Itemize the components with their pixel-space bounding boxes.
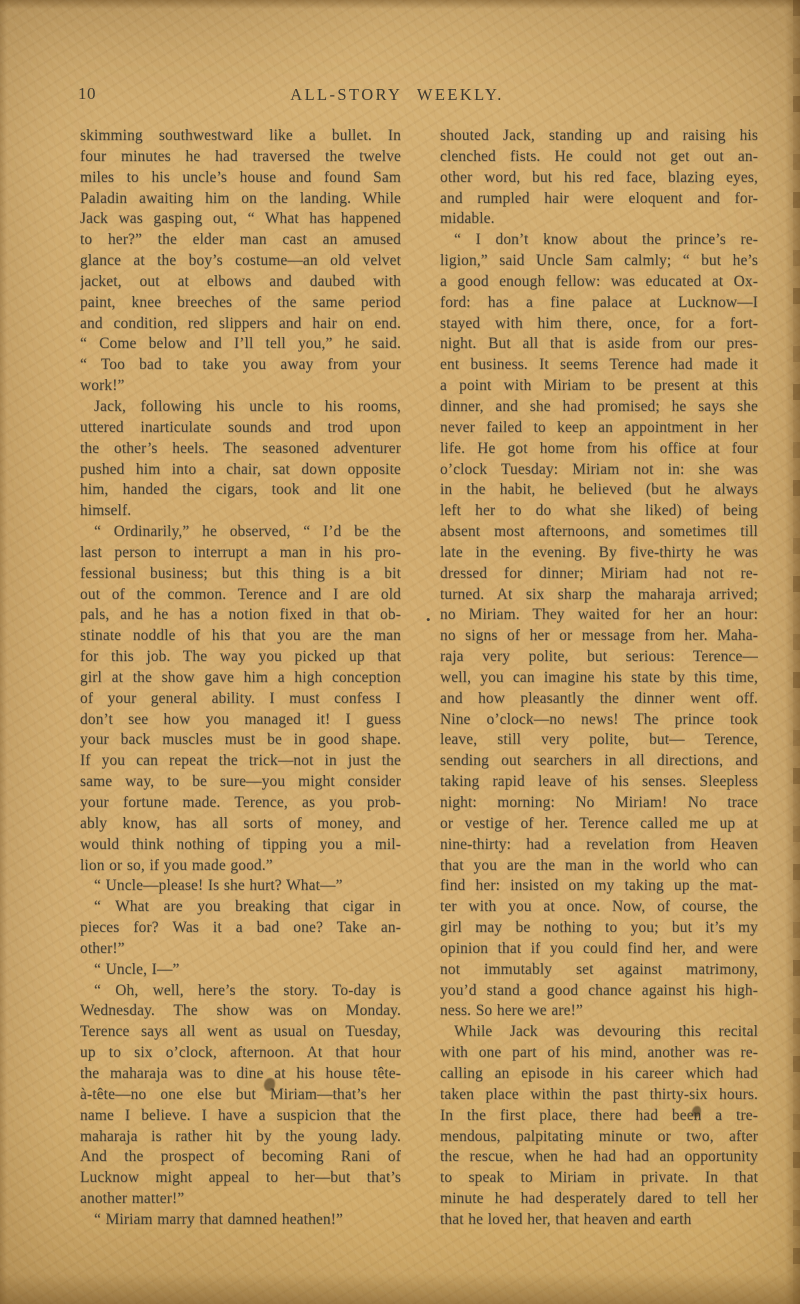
text-line: minute he had desperately dared to tell … <box>440 1189 758 1210</box>
text-line: a good enough fellow: was educated at Ox… <box>440 272 758 293</box>
text-line: and condition, red slippers and hair on … <box>80 314 401 335</box>
text-line: calling an episode in his career which h… <box>440 1064 758 1085</box>
text-line: nine-thirty: had a revelation from Heave… <box>440 835 758 856</box>
text-line: of your general ability. I must confess … <box>80 689 401 710</box>
text-line: and rumpled hair were eloquent and for- <box>440 189 758 210</box>
text-line: to speak to Miriam in private. In that <box>440 1168 758 1189</box>
text-line: Nine o’clock—no news! The prince took <box>440 710 758 731</box>
text-line: with one part of his mind, another was r… <box>440 1043 758 1064</box>
text-line: ness. So here we are!” <box>440 1001 758 1022</box>
text-line: another matter!” <box>80 1189 401 1210</box>
text-line: would think nothing of tipping you a mil… <box>80 835 401 856</box>
text-line: dressed for dinner; Miriam had not re- <box>440 564 758 585</box>
text-line: ably know, has all sorts of money, and <box>80 814 401 835</box>
text-line: late in the evening. By five-thirty he w… <box>440 543 758 564</box>
text-line: stayed with him there, once, for a fort- <box>440 314 758 335</box>
text-line: ent business. It seems Terence had made … <box>440 355 758 376</box>
text-line: that you are the man in the world who ca… <box>440 856 758 877</box>
text-line: himself. <box>80 501 401 522</box>
text-line: o’clock Tuesday: Miriam not in: she was <box>440 460 758 481</box>
text-line: to her?” the elder man cast an amused <box>80 230 401 251</box>
text-line: left her to do what she liked) of being <box>440 501 758 522</box>
text-line: stinate noddle of his that you are the m… <box>80 626 401 647</box>
text-line: “ Uncle, I—” <box>80 960 401 981</box>
page-edge-right-marks <box>793 0 800 1304</box>
running-title: ALL-STORY WEEKLY. <box>0 85 794 105</box>
scanned-magazine-page: 10 ALL-STORY WEEKLY. skimming southwestw… <box>0 0 800 1304</box>
text-line: other word, but his red face, blazing ey… <box>440 168 758 189</box>
text-line: find her: insisted on my taking up the m… <box>440 876 758 897</box>
text-line: name I believe. I have a suspicion that … <box>80 1106 401 1127</box>
text-line: pieces for? Was it a bad one? Take an- <box>80 918 401 939</box>
text-line: girl may be nothing to you; but it’s my <box>440 918 758 939</box>
text-line: lion or so, if you made good.” <box>80 856 401 877</box>
text-line: “ I don’t know about the prince’s re- <box>440 230 758 251</box>
text-line: don’t see how you managed it! I guess <box>80 710 401 731</box>
text-line: If you can repeat the trick—not in just … <box>80 751 401 772</box>
text-line: “ Miriam marry that damned heathen!” <box>80 1210 401 1231</box>
text-line: jacket, out at elbows and daubed with <box>80 272 401 293</box>
text-line: dinner, and she had promised; he says sh… <box>440 397 758 418</box>
text-line: ford: has a fine palace at Lucknow—I <box>440 293 758 314</box>
text-line: well, you can imagine his state by this … <box>440 668 758 689</box>
text-line: leave, still very polite, but— Terence, <box>440 730 758 751</box>
text-line: raja very polite, but serious: Terence— <box>440 647 758 668</box>
text-line: “ Come below and I’ll tell you,” he said… <box>80 334 401 355</box>
text-line: or vestige of her. Terence called me up … <box>440 814 758 835</box>
text-line: four minutes he had traversed the twelve <box>80 147 401 168</box>
text-line: last person to interrupt a man in his pr… <box>80 543 401 564</box>
text-line: Jack was gasping out, “ What has happene… <box>80 209 401 230</box>
text-line: à-tête—no one else but Miriam—that’s her <box>80 1085 401 1106</box>
text-line: out of the common. Terence and I are old <box>80 585 401 606</box>
page-edge-top-shadow <box>0 0 800 9</box>
text-line: “ Oh, well, here’s the story. To-day is <box>80 981 401 1002</box>
text-line: that he loved her, that heaven and earth <box>440 1210 758 1231</box>
text-line: Terence says all went as usual on Tuesda… <box>80 1022 401 1043</box>
text-line: Paladin awaiting him on the landing. Whi… <box>80 189 401 210</box>
text-line: mendous, palpitating minute or two, afte… <box>440 1127 758 1148</box>
text-line: work!” <box>80 376 401 397</box>
text-line: fessional business; but this thing is a … <box>80 564 401 585</box>
text-line: the rescue, when he had had an opportuni… <box>440 1147 758 1168</box>
text-line: opinion that if you could find her, and … <box>440 939 758 960</box>
text-line: taking rapid leave of his senses. Sleepl… <box>440 772 758 793</box>
text-line: the other’s heels. The seasoned adventur… <box>80 439 401 460</box>
text-line: While Jack was devouring this recital <box>440 1022 758 1043</box>
text-line: absent most afternoons, and sometimes ti… <box>440 522 758 543</box>
text-line: midable. <box>440 209 758 230</box>
text-line: girl at the show gave him a high concept… <box>80 668 401 689</box>
text-line: same way, to be sure—you might consider <box>80 772 401 793</box>
text-line: “ Too bad to take you away from your <box>80 355 401 376</box>
text-line: maharaja is rather hit by the young lady… <box>80 1127 401 1148</box>
text-line: not immutably set against matrimony, <box>440 960 758 981</box>
text-line: night: morning: No Miriam! No trace <box>440 793 758 814</box>
text-line: in the habit, he believed (but he always <box>440 480 758 501</box>
text-line: for this job. The way you picked up that <box>80 647 401 668</box>
text-column-right: shouted Jack, standing up and raising hi… <box>440 126 758 1231</box>
text-line: a point with Miriam to be present at thi… <box>440 376 758 397</box>
text-line: and how pleasantly the dinner went off. <box>440 689 758 710</box>
text-column-left: skimming southwestward like a bullet. In… <box>80 126 401 1231</box>
text-line: Lucknow might appeal to her—but that’s <box>80 1168 401 1189</box>
text-line: your back muscles must be in good shape. <box>80 730 401 751</box>
text-line: In the first place, there had been a tre… <box>440 1106 758 1127</box>
text-line: glance at the boy’s costume—an old velve… <box>80 251 401 272</box>
text-line: night. But all that is aside from our pr… <box>440 334 758 355</box>
text-line: no signs of her or message from her. Mah… <box>440 626 758 647</box>
text-line: And the prospect of becoming Rani of <box>80 1147 401 1168</box>
gutter-bullet-mark: • <box>426 612 431 628</box>
text-line: “ What are you breaking that cigar in <box>80 897 401 918</box>
text-line: “ Ordinarily,” he observed, “ I’d be the <box>80 522 401 543</box>
text-line: paint, knee breeches of the same period <box>80 293 401 314</box>
text-line: up to six o’clock, afternoon. At that ho… <box>80 1043 401 1064</box>
text-line: shouted Jack, standing up and raising hi… <box>440 126 758 147</box>
text-line: pals, and he has a notion fixed in that … <box>80 605 401 626</box>
text-line: you’d stand a good chance against his hi… <box>440 981 758 1002</box>
text-line: ligion,” said Uncle Sam calmly; “ but he… <box>440 251 758 272</box>
text-line: other!” <box>80 939 401 960</box>
page-edge-bottom-shadow <box>0 1274 800 1304</box>
text-line: taken place within the past thirty-six h… <box>440 1085 758 1106</box>
text-line: sending out searchers in all directions,… <box>440 751 758 772</box>
text-line: skimming southwestward like a bullet. In <box>80 126 401 147</box>
text-line: “ Uncle—please! Is she hurt? What—” <box>80 876 401 897</box>
text-line: ter with you at once. Now, of course, th… <box>440 897 758 918</box>
text-line: miles to his uncle’s house and found Sam <box>80 168 401 189</box>
text-line: the maharaja was to dine at his house tê… <box>80 1064 401 1085</box>
text-line: Jack, following his uncle to his rooms, <box>80 397 401 418</box>
page-edge-left-shadow <box>0 0 7 1304</box>
text-line: no Miriam. They waited for her an hour: <box>440 605 758 626</box>
text-line: uttered inarticulate sounds and trod upo… <box>80 418 401 439</box>
text-line: clenched fists. He could not get out an- <box>440 147 758 168</box>
text-line: pushed him into a chair, sat down opposi… <box>80 460 401 481</box>
text-line: turned. At six sharp the maharaja arrive… <box>440 585 758 606</box>
text-line: Wednesday. The show was on Monday. <box>80 1001 401 1022</box>
text-line: life. He got home from his office at fou… <box>440 439 758 460</box>
text-line: never failed to keep an appointment in h… <box>440 418 758 439</box>
text-line: your fortune made. Terence, as you prob- <box>80 793 401 814</box>
text-line: him, handed the cigars, took and lit one <box>80 480 401 501</box>
